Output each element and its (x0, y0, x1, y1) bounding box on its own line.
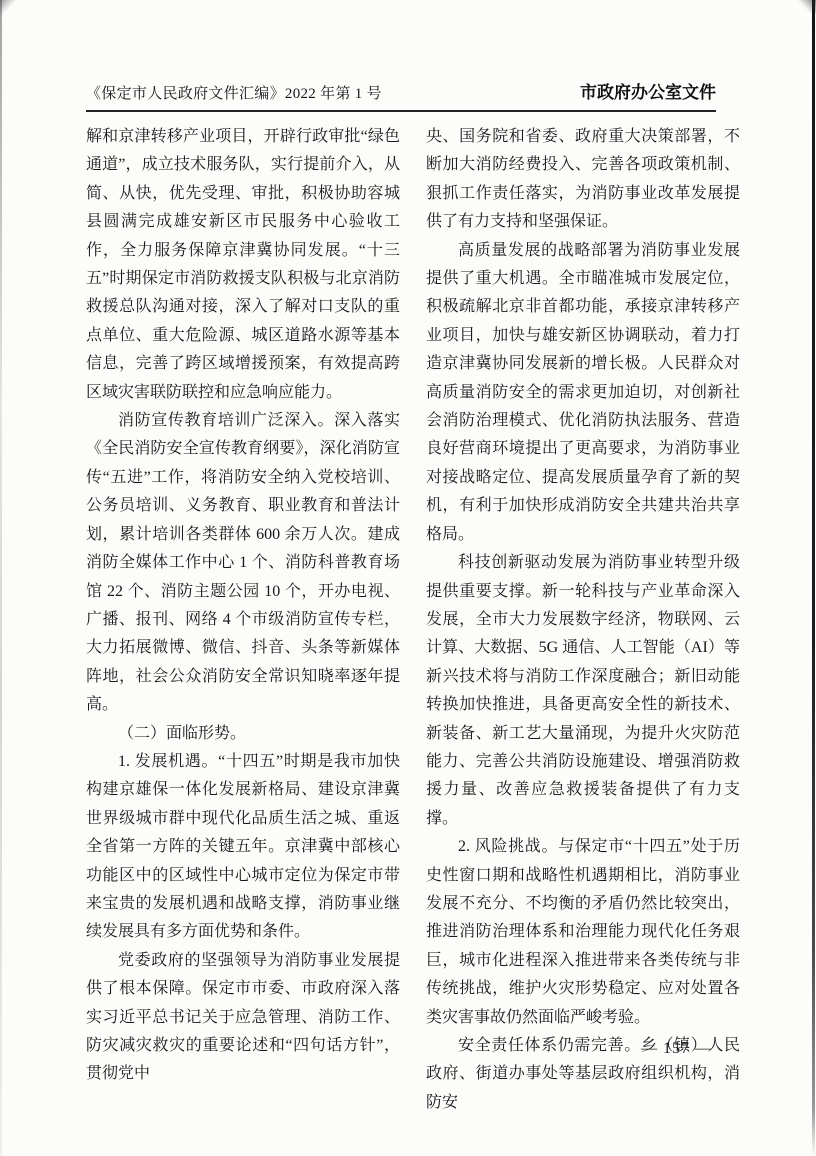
paragraph: 党委政府的坚强领导为消防事业发展提供了根本保障。保定市市委、市政府深入落实习近平… (86, 947, 400, 1089)
header-divider (86, 110, 716, 112)
paragraph: 科技创新驱动发展为消防事业转型升级提供重要支撑。新一轮科技与产业革命深入发展，全… (426, 549, 740, 833)
paragraph: 解和京津转移产业项目，开辟行政审批“绿色通道”，成立技术服务队，实行提前介入，从… (86, 123, 400, 407)
paragraph: 1. 发展机遇。“十四五”时期是我市加快构建京雄保一体化发展新格局、建设京津冀世… (86, 748, 400, 947)
scan-corner-top-left (0, 0, 16, 16)
page-header: 《保定市人民政府文件汇编》2022 年第 1 号 市政府办公室文件 (86, 78, 716, 103)
column-right: 央、国务院和省委、政府重大决策部署，不断加大消防经费投入、完善各项政策机制、狠抓… (426, 123, 740, 1117)
document-category-label: 市政府办公室文件 (580, 78, 716, 103)
document-page: 《保定市人民政府文件汇编》2022 年第 1 号 市政府办公室文件 解和京津转移… (0, 0, 816, 1156)
scan-edge-right (812, 0, 815, 1156)
paragraph: （二）面临形势。 (86, 720, 400, 748)
scan-edge-left (0, 0, 2, 1156)
scan-corner-top-right (798, 0, 816, 14)
column-left: 解和京津转移产业项目，开辟行政审批“绿色通道”，成立技术服务队，实行提前介入，从… (86, 123, 400, 1117)
compilation-title: 《保定市人民政府文件汇编》2022 年第 1 号 (86, 82, 382, 103)
paragraph: 央、国务院和省委、政府重大决策部署，不断加大消防经费投入、完善各项政策机制、狠抓… (426, 123, 740, 237)
page-content: 《保定市人民政府文件汇编》2022 年第 1 号 市政府办公室文件 解和京津转移… (86, 78, 740, 1117)
paragraph: 消防宣传教育培训广泛深入。深入落实《全民消防安全宣传教育纲要》，深化消防宣传“五… (86, 407, 400, 719)
text-columns: 解和京津转移产业项目，开辟行政审批“绿色通道”，成立技术服务队，实行提前介入，从… (86, 123, 740, 1117)
paragraph: 2. 风险挑战。与保定市“十四五”处于历史性窗口期和战略性机遇期相比，消防事业发… (426, 833, 740, 1032)
paragraph: 高质量发展的战略部署为消防事业发展提供了重大机遇。全市瞄准城市发展定位，积极疏解… (426, 237, 740, 549)
page-number: — 157 — (641, 1040, 712, 1058)
